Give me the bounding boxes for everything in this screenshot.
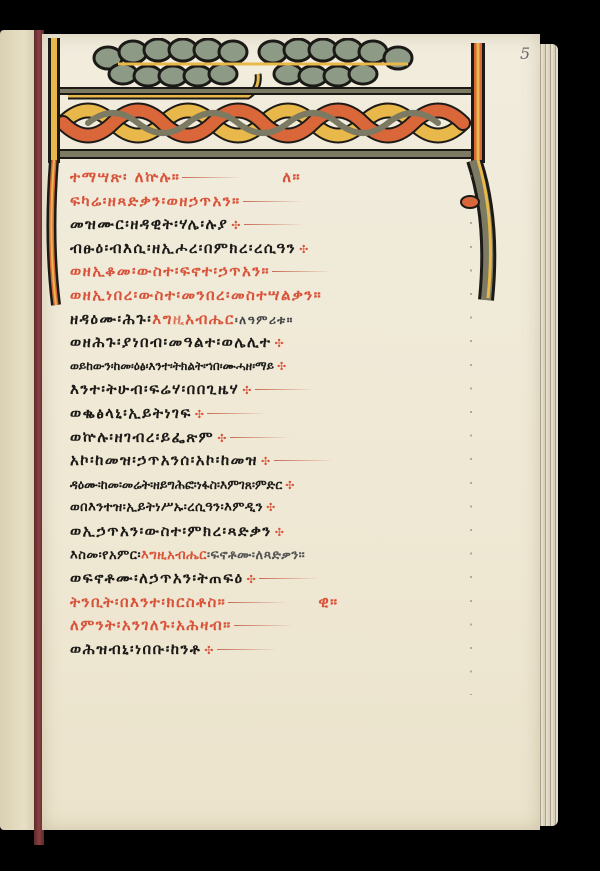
flourish-icon: ✣ [261, 455, 272, 468]
text-line-13: አኮ፡ከመዝ፡ኃጥአንሰ፡አኮ፡ከመዝ✣ [70, 449, 490, 473]
text-line-2: ፍካሬ፡ዘጻድቃን፡ወዘኃጥአን። [70, 190, 490, 214]
page-edges [538, 44, 558, 826]
interlace-band [63, 111, 463, 136]
text-line-9: ወይከውን፡ከመ፡ዕፅ፡እንተ፡ትክልት፡ኀበ፡ሙሓዘ፡ማይ✣ [70, 355, 490, 379]
flourish-icon: ✣ [204, 644, 215, 657]
text-line-1: ተማሣጽ፡ ለኵሉ።ለ። [70, 166, 490, 190]
text-line-14: ዳዕሙ፡ከመ፡መሬት፡ዘይግሕፎ፡ነፋስ፡እምገጸ፡ምድር✣ [70, 473, 490, 497]
decorative-headpiece [48, 38, 500, 163]
flourish-icon: ✣ [299, 243, 310, 256]
text-line-6: ወዘኢነበረ፡ውስተ፡መንበረ፡መስተሣልቃን። [70, 284, 490, 308]
text-line-11: ወቈፅላኒ፡ኢይትነገፍ✣ [70, 402, 490, 426]
text-line-20: ለምንት፡አንገለጉ፡አሕዛብ። [70, 614, 490, 638]
text-block: ተማሣጽ፡ ለኵሉ።ለ። ፍካሬ፡ዘጻድቃን፡ወዘኃጥአን። መዝሙር፡ዘዳዊት… [70, 166, 490, 661]
text-line-15: ወበእንተዝ፡ኢይትነሥኡ፡ረሲዓን፡እምዲን✣ [70, 496, 490, 520]
flourish-icon: ✣ [247, 573, 258, 586]
flourish-icon: ✣ [217, 432, 228, 445]
flourish-icon: ✣ [231, 219, 242, 232]
left-frame-tendril [44, 160, 64, 310]
text-line-5: ወዘኢቆመ፡ውስተ፡ፍኖተ፡ኃጥአን። [70, 260, 490, 284]
flourish-icon: ✣ [275, 526, 286, 539]
flourish-icon: ✣ [274, 337, 285, 350]
flourish-icon: ✣ [266, 501, 276, 514]
text-line-17: እስመ፡የአምር፡እግዚአብሔር፡ፍኖቶሙ፡ለጻድቃን። [70, 544, 490, 568]
text-line-21: ወሕዝብኒ፡ነበቡ፡ከንቶ✣ [70, 638, 490, 662]
folio-number: 5 [520, 44, 530, 63]
flourish-icon: ✣ [285, 479, 294, 492]
flourish-icon: ✣ [195, 408, 206, 421]
flourish-icon: ✣ [242, 384, 253, 397]
text-line-10: እንተ፡ትሁብ፡ፍሬሃ፡በበጊዜሃ✣ [70, 378, 490, 402]
text-line-7: ዘዳዕሙ፡ሕጉ፡እግዚአብሔር፡ለዓምሪቱ። [70, 308, 490, 332]
text-line-19: ትንቢት፡በእንተ፡ክርስቶስ።ዊ። [70, 591, 490, 615]
text-line-3: መዝሙር፡ዘዳዊት፡ሃሌ፡ሉያ✣ [70, 213, 490, 237]
flourish-icon: ✣ [277, 360, 286, 373]
text-line-4: ብፁዕ፡ብእሲ፡ዘኢሖረ፡በምክረ፡ረሲዓን✣ [70, 237, 490, 261]
text-line-18: ወፍኖቶሙ፡ለኃጥአን፡ትጠፍዕ✣ [70, 567, 490, 591]
text-line-16: ወኢኃጥአን፡ውስተ፡ምክረ፡ጻድቃን✣ [70, 520, 490, 544]
text-line-12: ወኵሉ፡ዘገብረ፡ይፌጽም✣ [70, 426, 490, 450]
text-line-8: ወዘሕጉ፡ያነበብ፡መዓልተ፡ወሌሊተ✣ [70, 331, 490, 355]
